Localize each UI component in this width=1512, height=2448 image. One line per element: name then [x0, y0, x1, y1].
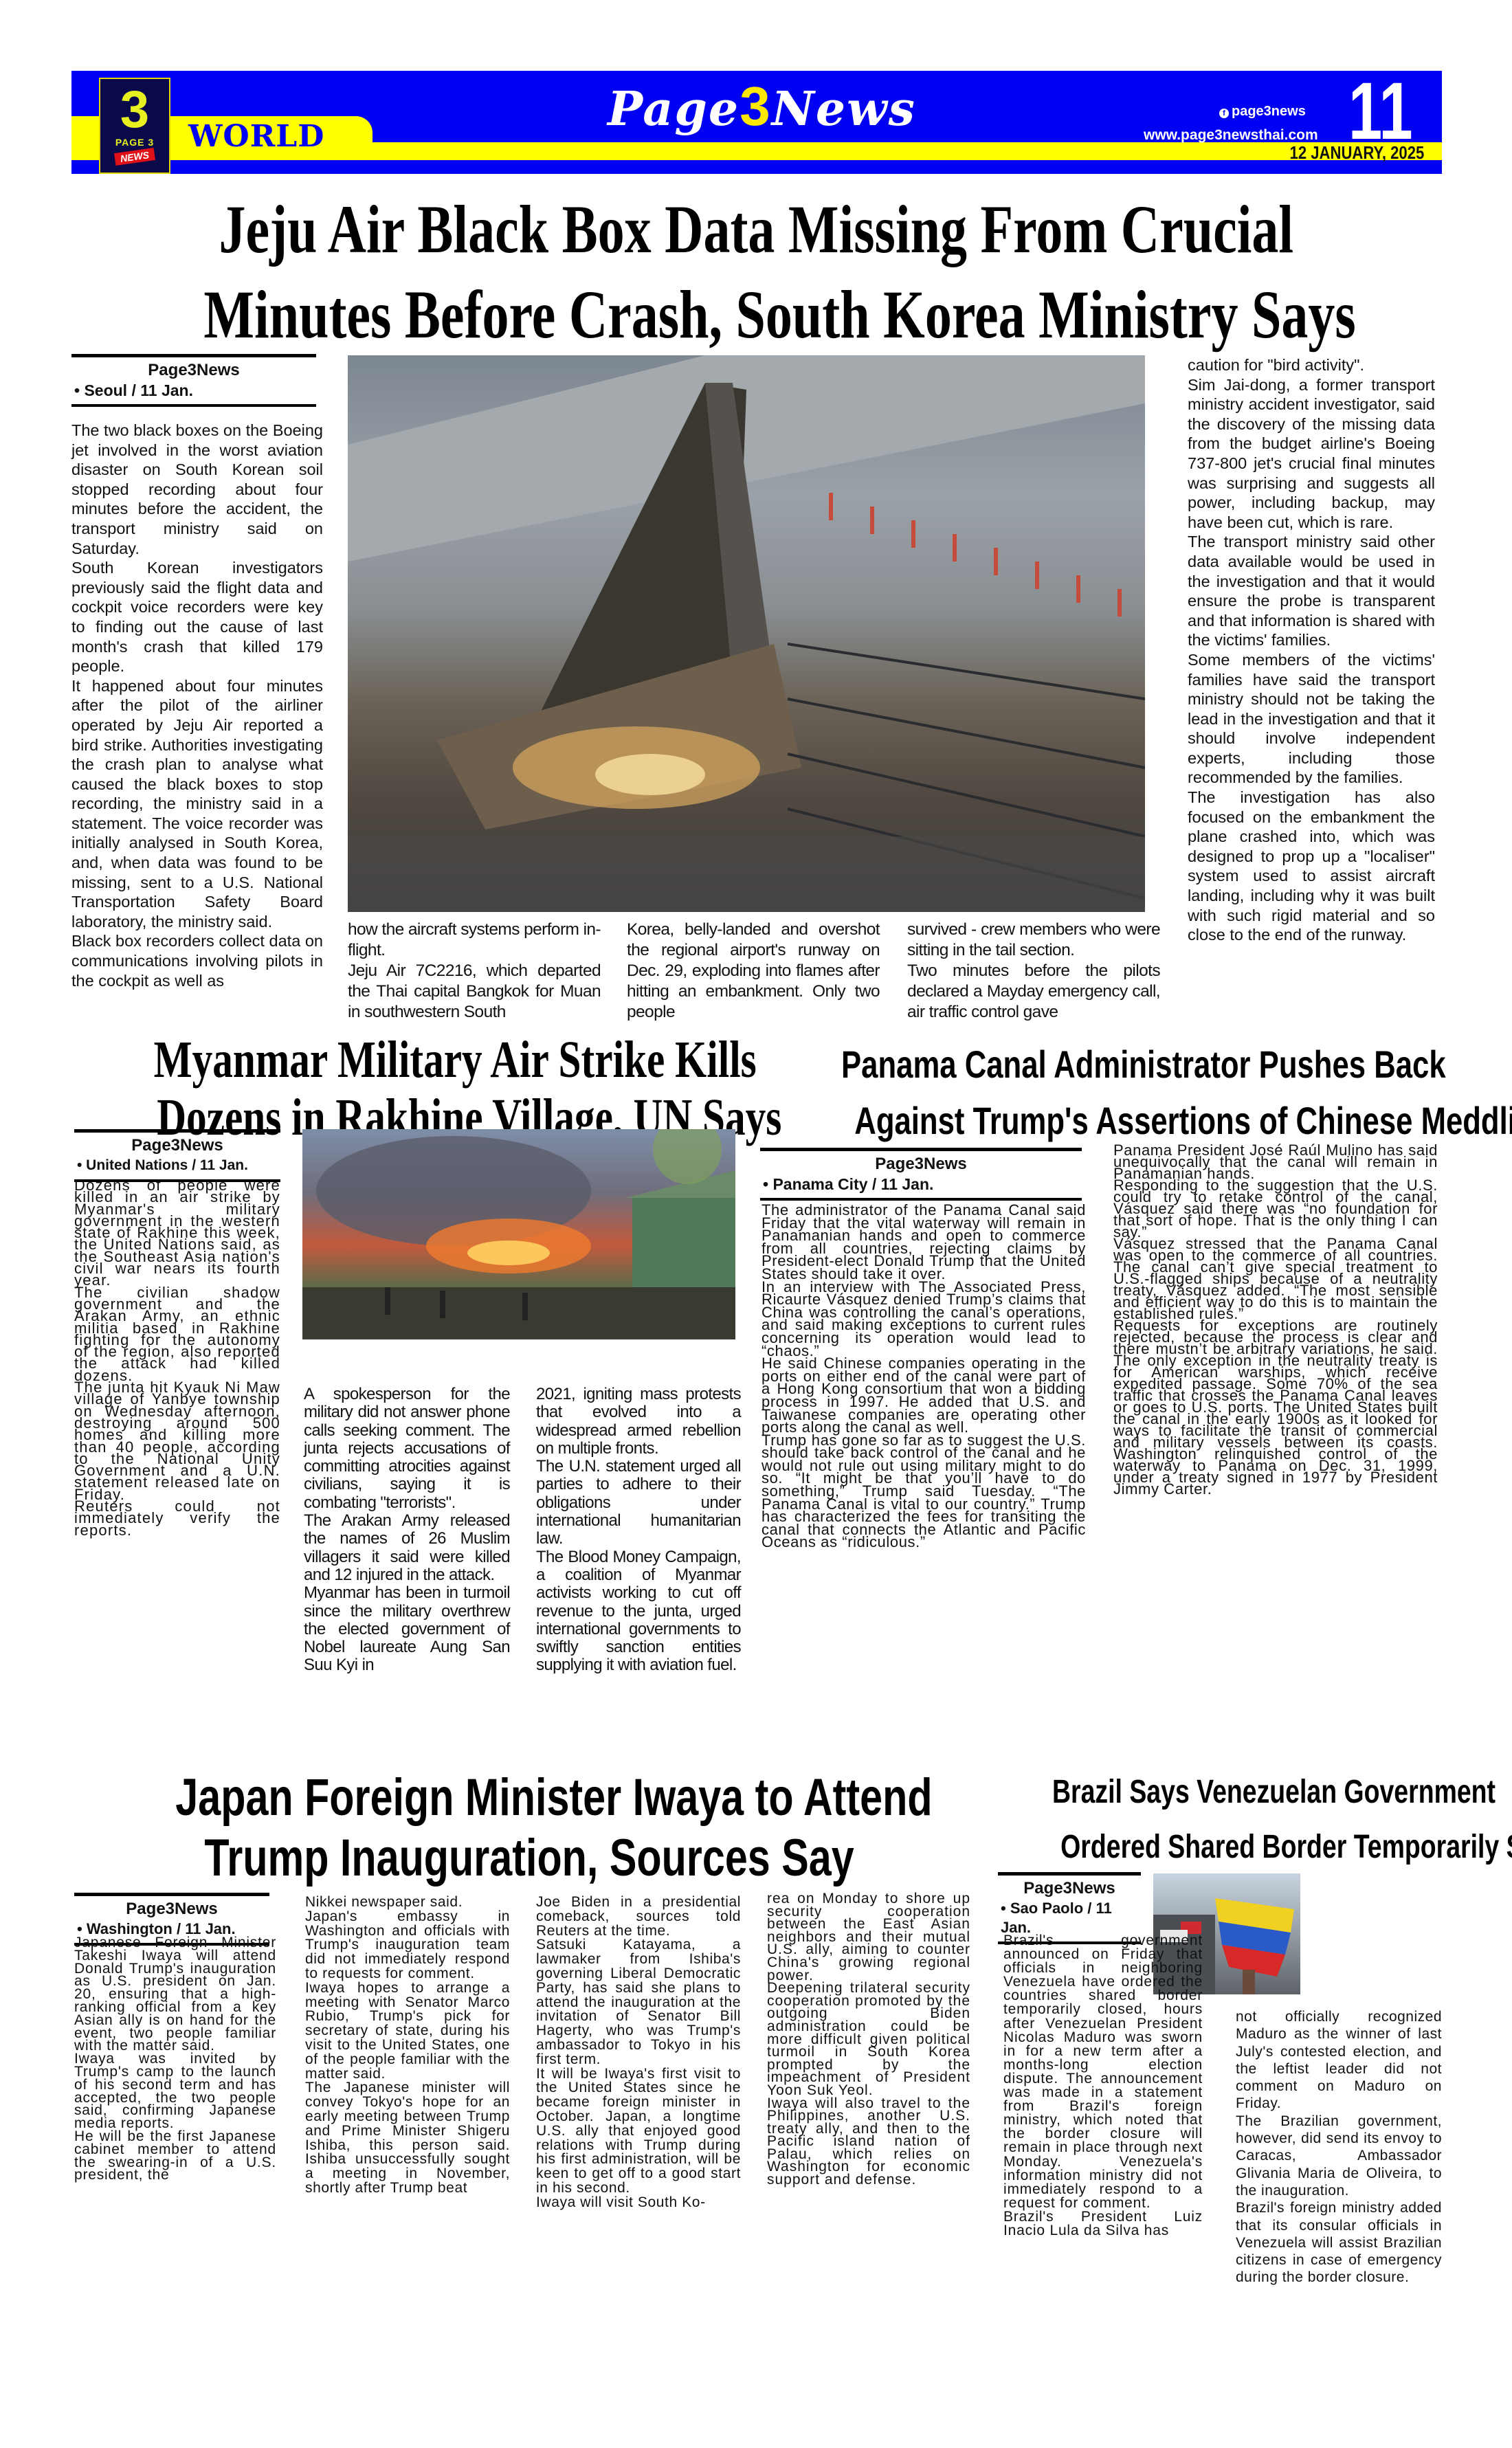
facebook-icon: f [1219, 109, 1229, 118]
logo-news-badge: NEWS [114, 148, 155, 166]
brazil-headline-line1: Brazil Says Venezuelan Government [1052, 1765, 1496, 1820]
paragraph: Brazil's government announced on Friday … [1003, 1934, 1203, 2210]
brand-left: Page [608, 82, 740, 137]
paragraph: In an interview with The Associated Pres… [761, 1281, 1086, 1358]
paragraph: The transport ministry said other data a… [1188, 532, 1435, 650]
myanmar-column-2: A spokesperson for the military did not … [304, 1386, 510, 1675]
paragraph: Joe Biden in a presidential comeback, so… [536, 1895, 741, 1938]
social-handle[interactable]: fpage3news [1219, 104, 1306, 120]
panama-byline: Page3News • Panama City / 11 Jan. [760, 1148, 1082, 1201]
paragraph: survived - crew members who were sitting… [907, 920, 1160, 961]
paragraph: Satsuki Katayama, a lawmaker from Ishiba… [536, 1938, 741, 2067]
paragraph: rea on Monday to shore up security coope… [767, 1893, 970, 1982]
paragraph: The two black boxes on the Boeing jet in… [71, 421, 323, 558]
paragraph: Korea, belly-landed and overshot the reg… [627, 920, 880, 1023]
jeju-column-1: The two black boxes on the Boeing jet in… [71, 421, 323, 990]
paragraph: A spokesperson for the military did not … [304, 1386, 510, 1512]
logo-number: 3 [100, 83, 169, 137]
paragraph: South Korean investigators previously sa… [71, 558, 323, 676]
paragraph: Japan's embassy in Washington and offici… [305, 1910, 510, 1981]
myanmar-column-3: 2021, igniting mass protests that evolve… [536, 1386, 741, 1675]
section-label: WORLD [188, 119, 324, 154]
brazil-column-2: not officially recognized Maduro as the … [1236, 2008, 1442, 2286]
brazil-column-1: Brazil's government announced on Friday … [1003, 1934, 1203, 2238]
myanmar-column-1-text: Dozens of people were killed in an air s… [74, 1179, 280, 1536]
jeju-column-4: survived - crew members who were sitting… [907, 920, 1160, 1023]
byline-source: Page3News [998, 1878, 1141, 1899]
brand-number: 3 [740, 76, 772, 137]
paragraph: The Brazilian government, however, did s… [1236, 2113, 1442, 2199]
paragraph: Panama President José Raúl Mulino has sa… [1113, 1144, 1438, 1179]
paragraph: Two minutes before the pilots declared a… [907, 961, 1160, 1023]
byline-dateline: • Seoul / 11 Jan. [71, 381, 316, 400]
japan-column-1: Japanese Foreign Minister Takeshi Iwaya … [74, 1937, 276, 2182]
paragraph: The junta hit Kyauk Ni Maw village of Ya… [74, 1381, 280, 1500]
jeju-column-3: Korea, belly-landed and overshot the reg… [627, 920, 880, 1023]
paragraph: It will be Iwaya's first visit to the Un… [536, 2067, 741, 2196]
byline-dateline: • Sao Paolo / 11 Jan. [998, 1899, 1141, 1937]
panama-column-2: Panama President José Raúl Mulino has sa… [1113, 1144, 1438, 1495]
panama-column-1: The administrator of the Panama Canal sa… [761, 1204, 1086, 1549]
byline-source: Page3News [760, 1154, 1082, 1175]
paragraph: Iwaya hopes to arrange a meeting with Se… [305, 1981, 510, 2082]
paragraph: how the aircraft systems perform in-flig… [348, 920, 601, 961]
japan-column-4: rea on Monday to shore up security coope… [767, 1893, 970, 2187]
jeju-crash-photo[interactable] [348, 355, 1145, 912]
paragraph: Trump has gone so far as to suggest the … [761, 1434, 1086, 1549]
byline-source: Page3News [74, 1899, 269, 1920]
japan-headline-line1: Japan Foreign Minister Iwaya to Attend [175, 1768, 932, 1828]
paragraph: He will be the first Japanese cabinet me… [74, 2130, 276, 2182]
paragraph: Dozens of people were killed in an air s… [74, 1179, 280, 1287]
crash-scene-illustration [348, 355, 1145, 912]
paragraph: Japanese Foreign Minister Takeshi Iwaya … [74, 1937, 276, 2053]
paragraph: The administrator of the Panama Canal sa… [761, 1204, 1086, 1281]
byline-source: Page3News [74, 1135, 280, 1156]
paragraph: Brazil's foreign ministry added that its… [1236, 2199, 1442, 2286]
jeju-headline-line1: Jeju Air Black Box Data Missing From Cru… [219, 187, 1293, 272]
paragraph: Deepening trilateral security cooperatio… [767, 1982, 970, 2097]
brand-right: News [772, 82, 916, 137]
page3-logo[interactable]: 3 PAGE 3 NEWS [99, 78, 170, 174]
myanmar-fire-photo[interactable] [302, 1129, 735, 1339]
paragraph: Some members of the victims' families ha… [1188, 650, 1435, 788]
brand-wordmark[interactable]: Page3News [608, 75, 916, 138]
jeju-byline: Page3News • Seoul / 11 Jan. [71, 354, 316, 407]
masthead-bottom-rule [71, 160, 1442, 174]
panama-headline[interactable]: Panama Canal Administrator Pushes Back A… [756, 1036, 1443, 1149]
paragraph: The Arakan Army released the names of 26… [304, 1512, 510, 1584]
jeju-column-2: how the aircraft systems perform in-flig… [348, 920, 601, 1023]
paragraph: Sim Jai-dong, a former transport ministr… [1188, 375, 1435, 533]
paragraph: not officially recognized Maduro as the … [1236, 2008, 1442, 2113]
paragraph: Nikkei newspaper said. [305, 1895, 510, 1910]
paragraph: It happened about four minutes after the… [71, 676, 323, 932]
brazil-headline-line2: Ordered Shared Border Temporarily Shut [1060, 1820, 1512, 1875]
paragraph: Brazil's President Luiz Inacio Lula da S… [1003, 2210, 1203, 2238]
masthead-yellow-band [373, 142, 1442, 160]
paragraph: He said Chinese companies operating in t… [761, 1357, 1086, 1434]
myanmar-byline: Page3News • United Nations / 11 Jan. [74, 1129, 280, 1182]
paragraph: Iwaya will visit South Ko- [536, 2196, 741, 2210]
panama-headline-line1: Panama Canal Administrator Pushes Back [841, 1036, 1446, 1093]
logo-text: PAGE 3 [100, 137, 169, 148]
masthead: 3 PAGE 3 NEWS WORLD Page3News fpage3news… [71, 71, 1442, 174]
paragraph: The U.N. statement urged all parties to … [536, 1458, 741, 1548]
japan-headline[interactable]: Japan Foreign Minister Iwaya to Attend T… [69, 1768, 990, 1889]
byline-dateline: • United Nations / 11 Jan. [74, 1156, 280, 1175]
jeju-headline-line2: Minutes Before Crash, South Korea Minist… [203, 272, 1355, 357]
paragraph: The investigation has also focused on th… [1188, 788, 1435, 945]
jeju-column-5: caution for "bird activity". Sim Jai-don… [1188, 355, 1435, 945]
website-link[interactable]: www.page3newsthai.com [1144, 127, 1318, 144]
paragraph: The civilian shadow government and the A… [74, 1287, 280, 1381]
paragraph: Vásquez stressed that the Panama Canal w… [1113, 1238, 1438, 1320]
byline-source: Page3News [71, 360, 316, 381]
paragraph: The Japanese minister will convey Tokyo'… [305, 2081, 510, 2195]
village-fire-illustration [302, 1129, 735, 1339]
paragraph: 2021, igniting mass protests that evolve… [536, 1386, 741, 1458]
paragraph: Iwaya will also travel to the Philippine… [767, 2098, 970, 2187]
panama-headline-line2: Against Trump's Assertions of Chinese Me… [854, 1093, 1512, 1149]
paragraph: Jeju Air 7C2216, which departed the Thai… [348, 961, 601, 1023]
paragraph: Iwaya was invited by Trump's camp to the… [74, 2053, 276, 2130]
paragraph: Myanmar has been in turmoil since the mi… [304, 1584, 510, 1674]
paragraph: Requests for exceptions are routinely re… [1113, 1320, 1438, 1495]
myanmar-headline-line1: Myanmar Military Air Strike Kills [154, 1031, 757, 1089]
brazil-headline[interactable]: Brazil Says Venezuelan Government Ordere… [990, 1765, 1498, 1875]
paragraph: caution for "bird activity". [1188, 355, 1435, 375]
issue-date: 12 JANUARY, 2025 [1289, 142, 1424, 164]
paragraph: Responding to the suggestion that the U.… [1113, 1179, 1438, 1238]
paragraph: Black box recorders collect data on comm… [71, 931, 323, 990]
social-handle-text: page3news [1232, 104, 1306, 119]
japan-column-2: Nikkei newspaper said. Japan's embassy i… [305, 1895, 510, 2196]
byline-dateline: • Panama City / 11 Jan. [760, 1175, 1082, 1194]
paragraph: Reuters could not immediately verify the… [74, 1500, 280, 1536]
japan-column-3: Joe Biden in a presidential comeback, so… [536, 1895, 741, 2210]
jeju-headline[interactable]: Jeju Air Black Box Data Missing From Cru… [41, 187, 1471, 357]
paragraph: The Blood Money Campaign, a coalition of… [536, 1548, 741, 1675]
japan-headline-line2: Trump Inauguration, Sources Say [204, 1828, 854, 1889]
